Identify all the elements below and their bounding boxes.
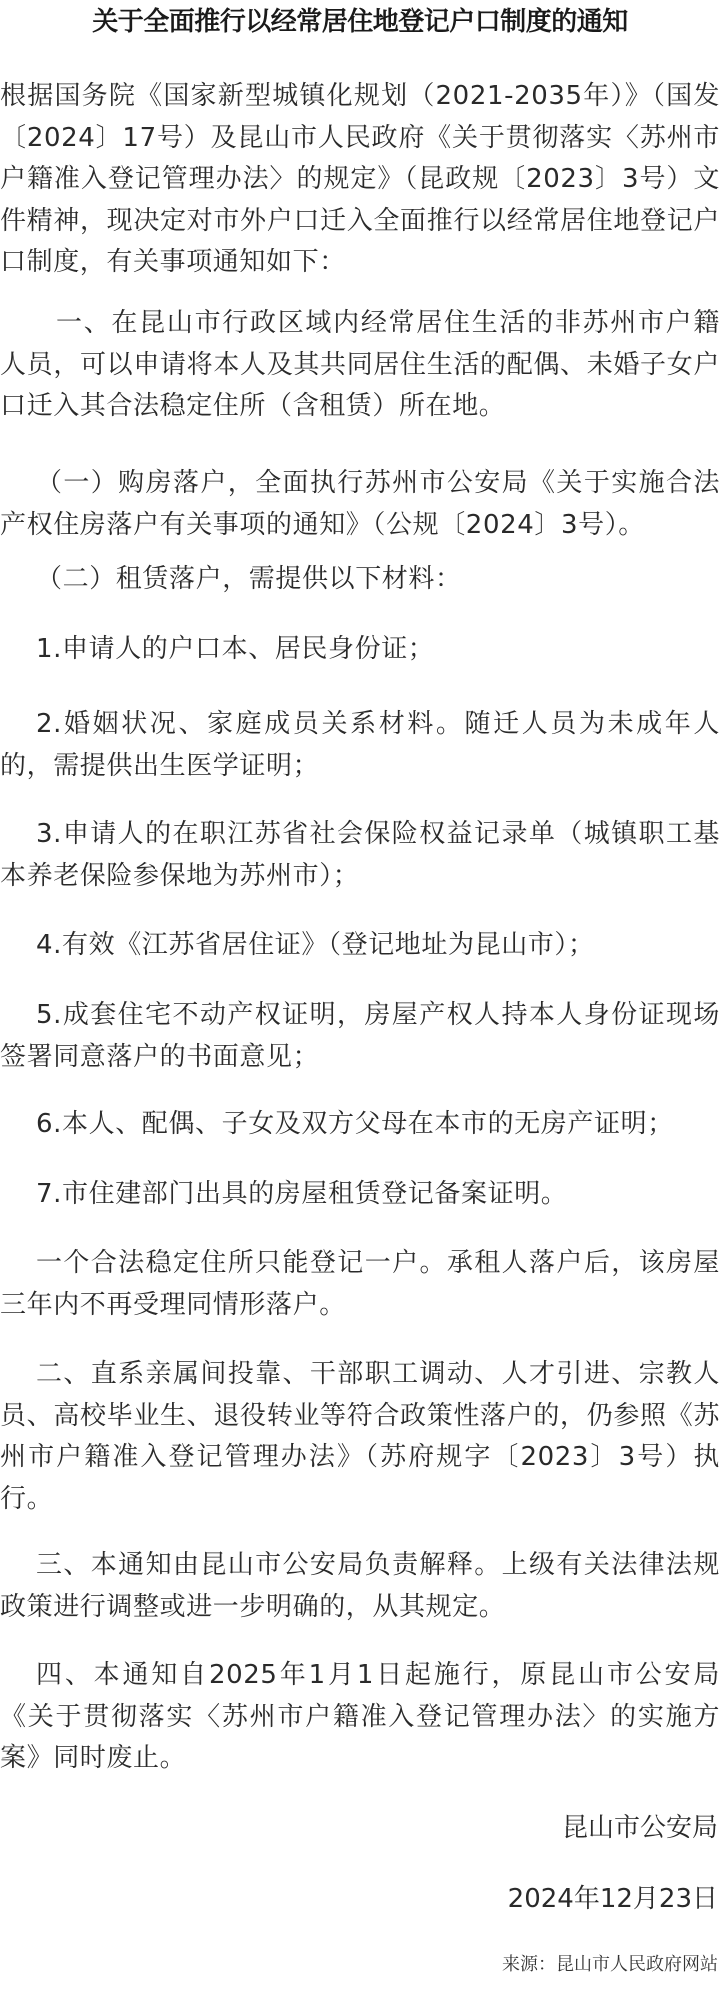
material-item-1: 1.申请人的户口本、居民身份证； [0, 629, 720, 671]
material-item-7: 7.市住建部门出具的房屋租赁登记备案证明。 [0, 1174, 720, 1216]
intro-paragraph: 根据国务院《国家新型城镇化规划（2021-2035年）》（国发〔2024〕17号… [0, 76, 720, 284]
section-4-paragraph: 四、本通知自2025年1月1日起施行，原昆山市公安局《关于贯彻落实〈苏州市户籍准… [0, 1655, 720, 1780]
document-title: 关于全面推行以经常居住地登记户口制度的通知 [0, 4, 720, 40]
material-item-6: 6.本人、配偶、子女及双方父母在本市的无房产证明； [0, 1104, 720, 1146]
material-item-5: 5.成套住宅不动产权证明，房屋产权人持本人身份证现场签署同意落户的书面意见； [0, 995, 720, 1078]
section-1-sub-1-paragraph: （一）购房落户，全面执行苏州市公安局《关于实施合法产权住房落户有关事项的通知》（… [0, 463, 720, 546]
rental-note-paragraph: 一个合法稳定住所只能登记一户。承租人落户后，该房屋三年内不再受理同情形落户。 [0, 1243, 720, 1326]
material-item-3: 3.申请人的在职江苏省社会保险权益记录单（城镇职工基本养老保险参保地为苏州市）； [0, 814, 720, 897]
section-2-paragraph: 二、直系亲属间投靠、干部职工调动、人才引进、宗教人员、高校毕业生、退役转业等符合… [0, 1354, 720, 1520]
material-item-4: 4.有效《江苏省居住证》（登记地址为昆山市）； [0, 925, 720, 967]
section-3-paragraph: 三、本通知由昆山市公安局负责解释。上级有关法律法规政策进行调整或进一步明确的，从… [0, 1545, 720, 1628]
source-note: 来源：昆山市人民政府网站 [502, 1952, 718, 1978]
issue-date: 2024年12月23日 [508, 1879, 718, 1919]
material-item-2: 2.婚姻状况、家庭成员关系材料。随迁人员为未成年人的，需提供出生医学证明； [0, 704, 720, 787]
section-1-sub-2-paragraph: （二）租赁落户，需提供以下材料： [0, 559, 720, 601]
section-1-paragraph: 一、在昆山市行政区域内经常居住生活的非苏州市户籍人员，可以申请将本人及其共同居住… [0, 303, 720, 428]
signature-issuer: 昆山市公安局 [562, 1808, 718, 1848]
